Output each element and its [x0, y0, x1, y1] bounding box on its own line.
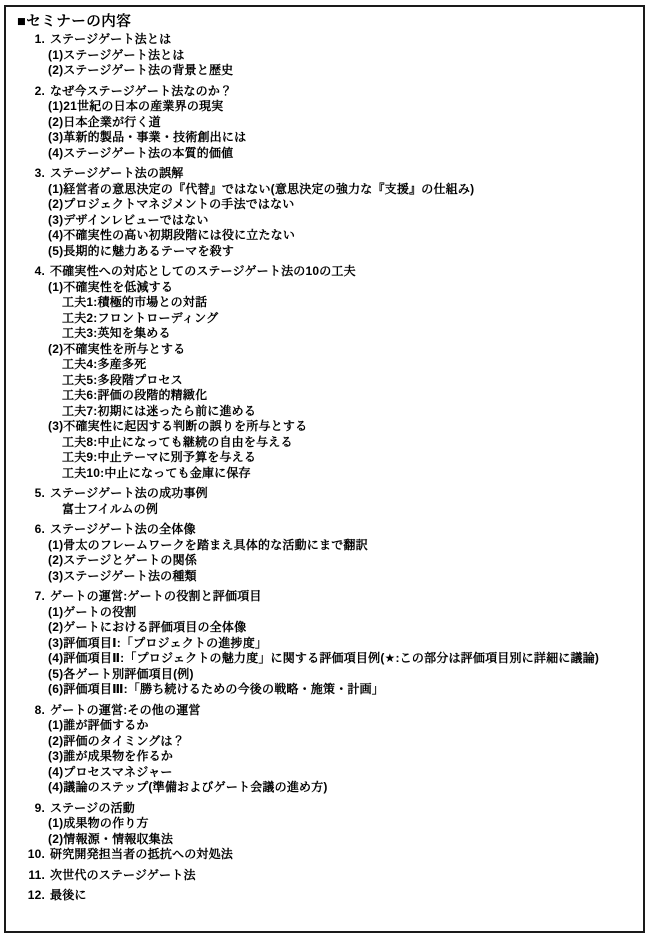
outline-section: 6.ステージゲート法の全体像(1)骨太のフレームワークを踏まえ具体的な活動にまで…	[17, 522, 635, 584]
section-number: 6.	[17, 522, 45, 538]
outline-section: 9.ステージの活動(1)成果物の作り方(2)情報源・情報収集法	[17, 801, 635, 848]
section-number: 1.	[17, 32, 45, 48]
outline-item: 工夫3:英知を集める	[17, 326, 635, 342]
outline-item: (1)ゲートの役割	[17, 605, 635, 621]
outline-item: (1)21世紀の日本の産業界の現実	[17, 99, 635, 115]
outline-item: 工夫5:多段階プロセス	[17, 373, 635, 389]
section-heading-text: ステージゲート法の成功事例	[50, 486, 208, 502]
outline-section: 12.最後に	[17, 888, 635, 904]
outline-item: 工夫2:フロントローディング	[17, 311, 635, 327]
outline-item: (4)不確実性の高い初期段階には役に立たない	[17, 228, 635, 244]
page-title: ■セミナーの内容	[17, 13, 635, 31]
section-heading-text: 研究開発担当者の抵抗への対処法	[50, 847, 233, 863]
outline-item: (1)経営者の意思決定の『代替』ではない(意思決定の強力な『支援』の仕組み)	[17, 182, 635, 198]
outline-item: (1)成果物の作り方	[17, 816, 635, 832]
outline-item: (5)各ゲート別評価項目(例)	[17, 667, 635, 683]
outline-item: (2)不確実性を所与とする	[17, 342, 635, 358]
outline-item: (4)ステージゲート法の本質的価値	[17, 146, 635, 162]
outline-item: (1)不確実性を低減する	[17, 280, 635, 296]
outline-item: 富士フイルムの例	[17, 502, 635, 518]
section-number: 8.	[17, 703, 45, 719]
section-heading-text: ステージの活動	[50, 801, 135, 817]
outline-item: (2)評価のタイミングは？	[17, 734, 635, 750]
outline-item: (2)プロジェクトマネジメントの手法ではない	[17, 197, 635, 213]
section-heading: 4.不確実性への対応としてのステージゲート法の10の工夫	[17, 264, 635, 280]
outline-section: 2.なぜ今ステージゲート法なのか？(1)21世紀の日本の産業界の現実(2)日本企…	[17, 84, 635, 162]
outline-item: (3)革新的製品・事業・技術創出には	[17, 130, 635, 146]
section-heading: 8.ゲートの運営:その他の運営	[17, 703, 635, 719]
section-number: 2.	[17, 84, 45, 100]
outline-item: (3)誰が成果物を作るか	[17, 749, 635, 765]
section-number: 4.	[17, 264, 45, 280]
outline-item: 工夫6:評価の段階的精緻化	[17, 388, 635, 404]
outline-item: (3)不確実性に起因する判断の誤りを所与とする	[17, 419, 635, 435]
section-number: 11.	[17, 868, 45, 884]
outline-item: (1)ステージゲート法とは	[17, 48, 635, 64]
outline-section: 5.ステージゲート法の成功事例富士フイルムの例	[17, 486, 635, 517]
outline-section: 3.ステージゲート法の誤解(1)経営者の意思決定の『代替』ではない(意思決定の強…	[17, 166, 635, 259]
outline-item: (4)議論のステップ(準備およびゲート会議の進め方)	[17, 780, 635, 796]
outline-section: 7.ゲートの運営:ゲートの役割と評価項目(1)ゲートの役割(2)ゲートにおける評…	[17, 589, 635, 698]
section-heading: 5.ステージゲート法の成功事例	[17, 486, 635, 502]
outline-section: 11.次世代のステージゲート法	[17, 868, 635, 884]
section-number: 3.	[17, 166, 45, 182]
section-heading-text: 最後に	[50, 888, 87, 904]
section-heading-text: 不確実性への対応としてのステージゲート法の10の工夫	[50, 264, 356, 280]
section-heading-text: ゲートの運営:ゲートの役割と評価項目	[50, 589, 262, 605]
section-heading: 7.ゲートの運営:ゲートの役割と評価項目	[17, 589, 635, 605]
section-heading-text: ステージゲート法の全体像	[50, 522, 196, 538]
outline: 1.ステージゲート法とは(1)ステージゲート法とは(2)ステージゲート法の背景と…	[17, 32, 635, 904]
outline-item: 工夫4:多産多死	[17, 357, 635, 373]
section-heading-text: ステージゲート法とは	[50, 32, 171, 48]
outline-item: (3)ステージゲート法の種類	[17, 569, 635, 585]
outline-item: (1)骨太のフレームワークを踏まえ具体的な活動にまで翻訳	[17, 538, 635, 554]
outline-item: (4)プロセスマネジャー	[17, 765, 635, 781]
section-number: 10.	[17, 847, 45, 863]
outline-item: (5)長期的に魅力あるテーマを殺す	[17, 244, 635, 260]
section-heading: 2.なぜ今ステージゲート法なのか？	[17, 84, 635, 100]
outline-item: 工夫7:初期には迷ったら前に進める	[17, 404, 635, 420]
outline-item: (1)誰が評価するか	[17, 718, 635, 734]
outline-section: 8.ゲートの運営:その他の運営(1)誰が評価するか(2)評価のタイミングは？(3…	[17, 703, 635, 796]
outline-item: (2)ステージとゲートの関係	[17, 553, 635, 569]
section-number: 9.	[17, 801, 45, 817]
outline-item: (4)評価項目Ⅱ:「プロジェクトの魅力度」に関する評価項目例(★:この部分は評価…	[17, 651, 635, 667]
section-heading: 1.ステージゲート法とは	[17, 32, 635, 48]
outline-item: (2)日本企業が行く道	[17, 115, 635, 131]
outline-item: (3)デザインレビューではない	[17, 213, 635, 229]
section-heading: 3.ステージゲート法の誤解	[17, 166, 635, 182]
outline-item: (2)ゲートにおける評価項目の全体像	[17, 620, 635, 636]
section-heading: 6.ステージゲート法の全体像	[17, 522, 635, 538]
outline-item: (6)評価項目Ⅲ:「勝ち続けるための今後の戦略・施策・計画」	[17, 682, 635, 698]
section-heading-text: なぜ今ステージゲート法なのか？	[50, 84, 232, 100]
section-heading: 12.最後に	[17, 888, 635, 904]
section-heading: 10.研究開発担当者の抵抗への対処法	[17, 847, 635, 863]
outline-item: (2)ステージゲート法の背景と歴史	[17, 63, 635, 79]
outline-item: 工夫10:中止になっても金庫に保存	[17, 466, 635, 482]
outline-section: 4.不確実性への対応としてのステージゲート法の10の工夫(1)不確実性を低減する…	[17, 264, 635, 481]
outline-section: 1.ステージゲート法とは(1)ステージゲート法とは(2)ステージゲート法の背景と…	[17, 32, 635, 79]
section-number: 7.	[17, 589, 45, 605]
section-heading-text: 次世代のステージゲート法	[50, 868, 196, 884]
section-heading-text: ステージゲート法の誤解	[50, 166, 183, 182]
section-heading: 11.次世代のステージゲート法	[17, 868, 635, 884]
outline-item: 工夫8:中止になっても継続の自由を与える	[17, 435, 635, 451]
section-heading-text: ゲートの運営:その他の運営	[50, 703, 201, 719]
section-number: 5.	[17, 486, 45, 502]
outline-section: 10.研究開発担当者の抵抗への対処法	[17, 847, 635, 863]
outline-item: 工夫9:中止テーマに別予算を与える	[17, 450, 635, 466]
outline-item: 工夫1:積極的市場との対話	[17, 295, 635, 311]
outline-item: (3)評価項目Ⅰ:「プロジェクトの進捗度」	[17, 636, 635, 652]
section-number: 12.	[17, 888, 45, 904]
outline-item: (2)情報源・情報収集法	[17, 832, 635, 848]
seminar-outline-document: ■セミナーの内容 1.ステージゲート法とは(1)ステージゲート法とは(2)ステー…	[4, 5, 645, 933]
section-heading: 9.ステージの活動	[17, 801, 635, 817]
